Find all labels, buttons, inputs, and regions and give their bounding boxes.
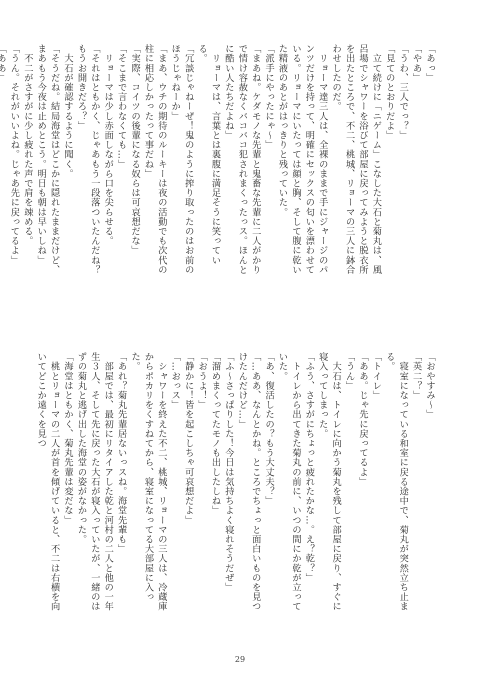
text-line: 「おやすみ～」 — [423, 352, 436, 612]
text-line: リョーマ達三人は、全裸のままで手にジャージのパンツだけを持って、明確にセックスの… — [275, 44, 329, 276]
text-line: 「うん」 — [342, 352, 355, 612]
text-line: 「それはともかく、じゃあもう一段落ついたんだね？もうお開きだろ？」 — [74, 44, 101, 276]
text-line: 寝室になっている和室に戻る途中で、菊丸が突然立ち止まる。 — [382, 352, 409, 612]
text-line: 「あっ」 — [423, 44, 436, 276]
text-line: 「派手にやったにゃ～」 — [262, 44, 275, 276]
text-line: 「やあ」 — [409, 44, 422, 276]
text-block-bottom: 「おやすみ～」「英二？」 寝室になっている和室に戻る途中で、菊丸が突然立ち止まる… — [36, 352, 436, 612]
text-line: 「まあ、ウチの期待のルーキーは夜の活動でも次代の柱に相応しかったって事だね」 — [141, 44, 168, 276]
text-line: 「見てのとおりだよ」 — [382, 44, 395, 276]
text-line: シャワーを終えた不二、桃城、リョーマの三人は、冷蔵庫からポカリをくすねてから、寝… — [128, 352, 168, 612]
text-line: 「ふう、さすがにちょっと疲れたかな…。え？乾？」 — [302, 352, 315, 612]
text-line: 「うん。それがいいよね。じゃあ先に戻ってるよ」 — [7, 44, 20, 276]
text-line: 「あ、復活したの？もう大丈夫？」 — [262, 352, 275, 612]
text-line: 部屋では、最初にリタイアした乾と河村の二人と他の一年生３人、そして先に戻った大石… — [74, 352, 114, 612]
text-line: 「…おっス」 — [168, 352, 181, 612]
text-line: リョーマは少し赤面しながら口を尖らせる。 — [101, 44, 114, 276]
text-line: 「ふ～さっぱりした！今日は気持ちよく寝れそうだぜ」 — [222, 352, 235, 612]
text-line: 桃とリョーマの二人が首を傾げていると、不二は右横を向いてどこか遠くを見つ — [34, 352, 61, 612]
text-line: 「…ああ、なんとかね。ところでちょっと面白いものを見つけたんだけど…」 — [235, 352, 262, 612]
text-line: 「ああ。じゃ先に戻ってるよ」 — [356, 352, 369, 612]
text-line: 「そうだね。結局海堂はどこかに隠れたままだけど、まあもう今夜は止めとこう。明日も… — [34, 44, 61, 276]
text-line: 「実際、コイツの後輩になる奴らは可哀想だな」 — [128, 44, 141, 276]
text-line: 「溜めまくってたモノも出したしね」 — [208, 352, 221, 612]
text-line: 「ああ」 — [0, 44, 7, 276]
text-line: 「あれ？菊丸先輩居ないっスね。海堂先輩も」 — [114, 352, 127, 612]
text-block-top: 「あっ」「やあ」「うわ、三人でっ？」「見てのとおりだよ」 立て続けに「ニゲーム」… — [36, 44, 436, 276]
text-line: 立て続けに「ニゲーム」こなした大石と菊丸は、風呂場でシャワーを浴びて部屋に戻って… — [329, 44, 383, 276]
text-line: 不二がさすがに少し疲れた声で肩を竦める。 — [20, 44, 33, 276]
text-line: 「トイレ」 — [369, 352, 382, 612]
text-line: 「そこまで言わなくても…」 — [114, 44, 127, 276]
text-line: 「英二？」 — [409, 352, 422, 612]
text-line: 「うわ、三人でっ？」 — [396, 44, 409, 276]
text-line: 大石が確認するように聞く。 — [61, 44, 74, 276]
text-line: 「おうよ！」 — [195, 352, 208, 612]
book-page: 「あっ」「やあ」「うわ、三人でっ？」「見てのとおりだよ」 立て続けに「ニゲーム」… — [0, 0, 480, 685]
text-line: トイレから出てきた菊丸の前に、いつの間にか乾が立っていた。 — [275, 352, 302, 612]
text-line: 大石は、トイレに向かう菊丸を残して部屋に戻り、すぐに寝入ってしまった。 — [315, 352, 342, 612]
text-line: リョーマは、言葉とは裏腹に満足そうに笑っている。 — [195, 44, 222, 276]
text-line: 「冗談じゃねーぜ！鬼のように搾り取ったのはお前のほうじゃねーか」 — [168, 44, 195, 276]
page-number: 29 — [0, 655, 480, 664]
text-line: 「静かに！皆を起こしちゃ可哀想だよ」 — [181, 352, 194, 612]
text-line: 「海堂はともかく、菊丸先輩は変だな」 — [61, 352, 74, 612]
text-line: 「まあね。ケダモノな先輩と鬼畜な先輩に二人がかりで情け容赦なくバコバコ犯されまく… — [222, 44, 262, 276]
